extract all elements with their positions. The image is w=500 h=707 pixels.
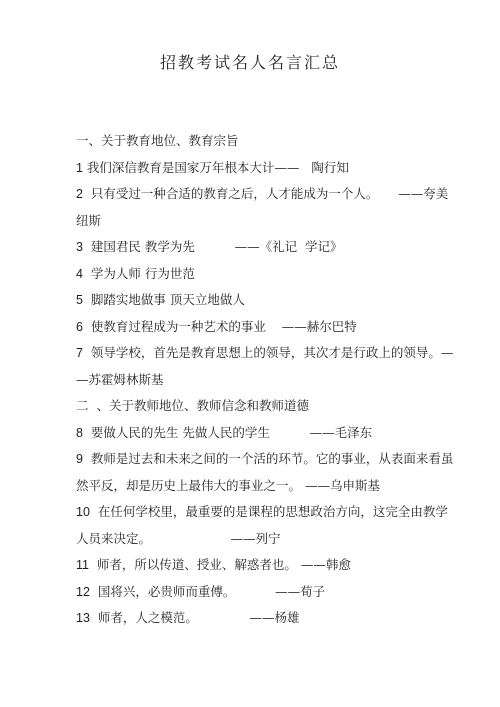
document-title: 招教考试名人名言汇总: [0, 50, 500, 73]
quote-line: 5 脚踏实地做事 顶天立地做人: [76, 290, 245, 308]
line-text: 我们深信教育是国家万年根本大计—— 陶行知: [83, 160, 349, 175]
line-text: 在任何学校里，最重要的是课程的思想政治方向，这完全由教学: [90, 504, 448, 519]
quote-number: 13: [76, 611, 90, 625]
quote-number: 5: [76, 293, 83, 307]
quote-line: 9 教师是过去和未来之间的一个活的环节。它的事业，从表面来看虽: [76, 449, 453, 467]
line-text: 师者，所以传道、授业、解惑者也。 ——韩愈: [89, 557, 351, 572]
quote-line-continuation: 然平反，却是历史上最伟大的事业之一。 ——乌申斯基: [76, 476, 380, 494]
quote-line: 12 国将兴，必贵师而重傅。 ——荀子: [76, 582, 325, 600]
line-text: 建国君民 教学为先 ——《礼记 学记》: [83, 239, 343, 254]
section-heading-2: 二 、关于教师地位、教师信念和教师道德: [76, 396, 309, 414]
line-text: —苏霍姆林斯基: [76, 372, 164, 387]
line-text: 使教育过程成为一种艺术的事业 ——赫尔巴特: [83, 319, 357, 334]
quote-line: 8 要做人民的先生 先做人民的学生 ——毛泽东: [76, 423, 372, 441]
quote-line: 7 领导学校，首先是教育思想上的领导，其次才是行政上的领导。—: [76, 343, 453, 361]
quote-line: 13 师者，人之模范。 ——杨雄: [76, 608, 300, 626]
quote-line: 1 我们深信教育是国家万年根本大计—— 陶行知: [76, 158, 349, 176]
line-text: 一、关于教育地位、教育宗旨: [76, 133, 239, 148]
section-heading-1: 一、关于教育地位、教育宗旨: [76, 131, 239, 149]
line-text: 纽斯: [76, 213, 101, 228]
quote-number: 3: [76, 240, 83, 254]
quote-line-continuation: 人员来决定。 ——列宁: [76, 529, 280, 547]
line-text: 要做人民的先生 先做人民的学生 ——毛泽东: [83, 425, 372, 440]
line-text: 然平反，却是历史上最伟大的事业之一。 ——乌申斯基: [76, 478, 380, 493]
line-text: 领导学校，首先是教育思想上的领导，其次才是行政上的领导。—: [83, 345, 453, 360]
quote-line: 4 学为人师 行为世范: [76, 264, 195, 282]
quote-line: 3 建国君民 教学为先 ——《礼记 学记》: [76, 237, 343, 255]
quote-number: 7: [76, 346, 83, 360]
quote-line: 10 在任何学校里，最重要的是课程的思想政治方向，这完全由教学: [76, 502, 448, 520]
quote-number: 12: [76, 585, 90, 599]
quote-number: 1: [76, 161, 83, 175]
quote-line-continuation: —苏霍姆林斯基: [76, 370, 164, 388]
quote-number: 11: [76, 558, 89, 572]
quote-line: 2 只有受过一种合适的教育之后，人才能成为一个人。 ——夸美: [76, 184, 448, 202]
line-text: 国将兴，必贵师而重傅。 ——荀子: [90, 584, 325, 599]
line-text: 只有受过一种合适的教育之后，人才能成为一个人。 ——夸美: [83, 186, 448, 201]
line-text: 教师是过去和未来之间的一个活的环节。它的事业，从表面来看虽: [83, 451, 453, 466]
quote-line: 11 师者，所以传道、授业、解惑者也。 ——韩愈: [76, 555, 351, 573]
quote-number: 4: [76, 267, 83, 281]
quote-number: 9: [76, 452, 83, 466]
quote-number: 8: [76, 426, 83, 440]
line-text: 师者，人之模范。 ——杨雄: [90, 610, 300, 625]
line-text: 人员来决定。 ——列宁: [76, 531, 280, 546]
line-text: 学为人师 行为世范: [83, 266, 195, 281]
line-text: 二 、关于教师地位、教师信念和教师道德: [76, 398, 309, 413]
line-text: 脚踏实地做事 顶天立地做人: [83, 292, 245, 307]
quote-number: 6: [76, 320, 83, 334]
quote-number: 10: [76, 505, 90, 519]
quote-line-continuation: 纽斯: [76, 211, 101, 229]
quote-line: 6 使教育过程成为一种艺术的事业 ——赫尔巴特: [76, 317, 357, 335]
quote-number: 2: [76, 187, 83, 201]
